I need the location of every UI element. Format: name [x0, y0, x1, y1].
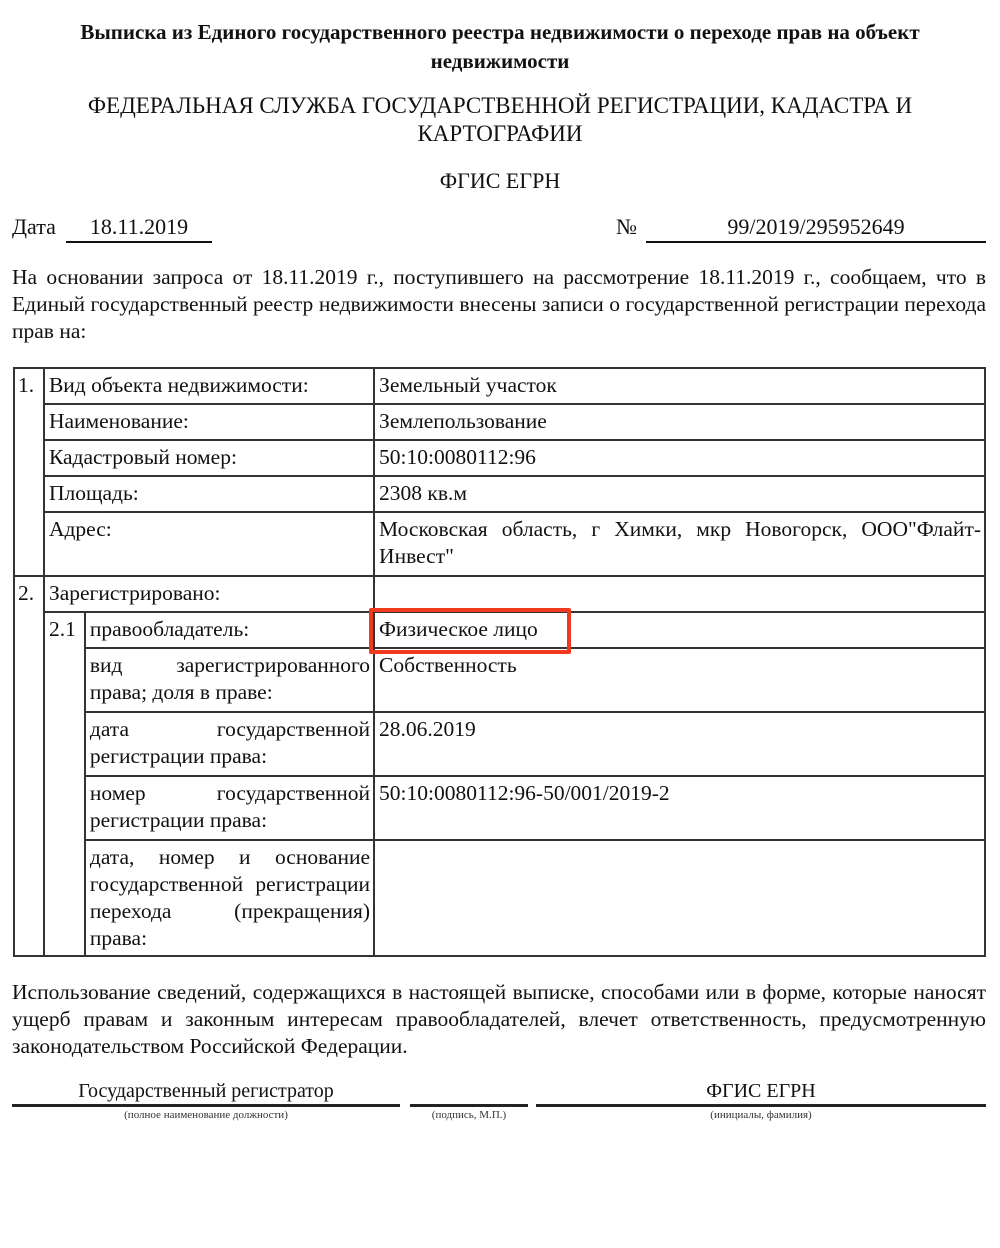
position-line	[12, 1104, 400, 1107]
usage-notice: Использование сведений, содержащихся в н…	[12, 979, 986, 1060]
table-row: дата, номер и основание государственной …	[14, 840, 985, 956]
table-row: 1. Вид объекта недвижимости: Земельный у…	[14, 368, 985, 404]
date-value: 18.11.2019	[66, 214, 212, 243]
table-row: 2.1 правообладатель: Физическое лицо	[14, 612, 985, 648]
table-row: Наименование: Землепользование	[14, 404, 985, 440]
position-caption: (полное наименование должности)	[12, 1109, 400, 1121]
number-value: 99/2019/295952649	[646, 214, 986, 243]
table-row: дата государственной регистрации права: …	[14, 712, 985, 776]
row-label: вид зарегистрированного права; доля в пр…	[85, 648, 374, 712]
name-caption: (инициалы, фамилия)	[536, 1109, 986, 1121]
table-row: Кадастровый номер: 50:10:0080112:96	[14, 440, 985, 476]
signature-caption: (подпись, М.П.)	[410, 1109, 528, 1121]
table-row: Адрес: Московская область, г Химки, мкр …	[14, 512, 985, 576]
system-name: ФГИС ЕГРН	[0, 168, 1000, 194]
name-line	[536, 1104, 986, 1107]
row-label: Площадь:	[44, 476, 374, 512]
section-number: 2.	[14, 576, 44, 956]
date-label: Дата	[12, 214, 56, 240]
row-value: Земельный участок	[374, 368, 985, 404]
section-number: 1.	[14, 368, 44, 576]
row-value: Собственность	[374, 648, 985, 712]
row-value: 2308 кв.м	[374, 476, 985, 512]
row-label: Адрес:	[44, 512, 374, 576]
signature-line	[410, 1104, 528, 1107]
row-value: 50:10:0080112:96-50/001/2019-2	[374, 776, 985, 840]
row-label: дата государственной регистрации права:	[85, 712, 374, 776]
row-label: Наименование:	[44, 404, 374, 440]
row-label: Кадастровый номер:	[44, 440, 374, 476]
row-label: Вид объекта недвижимости:	[44, 368, 374, 404]
signature-name: ФГИС ЕГРН	[536, 1080, 986, 1103]
table-row: 2. Зарегистрировано:	[14, 576, 985, 612]
row-value: 50:10:0080112:96	[374, 440, 985, 476]
row-label: правообладатель:	[85, 612, 374, 648]
row-value: Московская область, г Химки, мкр Новогор…	[374, 512, 985, 576]
table-row: номер государственной регистрации права:…	[14, 776, 985, 840]
row-label: номер государственной регистрации права:	[85, 776, 374, 840]
document-title: Выписка из Единого государственного реес…	[40, 18, 960, 76]
date-number-row: Дата 18.11.2019 № 99/2019/295952649	[12, 214, 986, 246]
row-value: 28.06.2019	[374, 712, 985, 776]
row-label: Зарегистрировано:	[44, 576, 374, 612]
row-value-highlighted: Физическое лицо	[374, 612, 985, 648]
row-value	[374, 840, 985, 956]
number-label: №	[616, 214, 637, 240]
table-row: Площадь: 2308 кв.м	[14, 476, 985, 512]
row-value	[374, 576, 985, 612]
signature-position: Государственный регистратор	[12, 1080, 400, 1103]
row-value: Землепользование	[374, 404, 985, 440]
row-label: дата, номер и основание государственной …	[85, 840, 374, 956]
intro-paragraph: На основании запроса от 18.11.2019 г., п…	[12, 264, 986, 345]
property-table: 1. Вид объекта недвижимости: Земельный у…	[13, 367, 986, 957]
agency-name: ФЕДЕРАЛЬНАЯ СЛУЖБА ГОСУДАРСТВЕННОЙ РЕГИС…	[30, 92, 970, 148]
subsection-number: 2.1	[44, 612, 85, 956]
table-row: вид зарегистрированного права; доля в пр…	[14, 648, 985, 712]
